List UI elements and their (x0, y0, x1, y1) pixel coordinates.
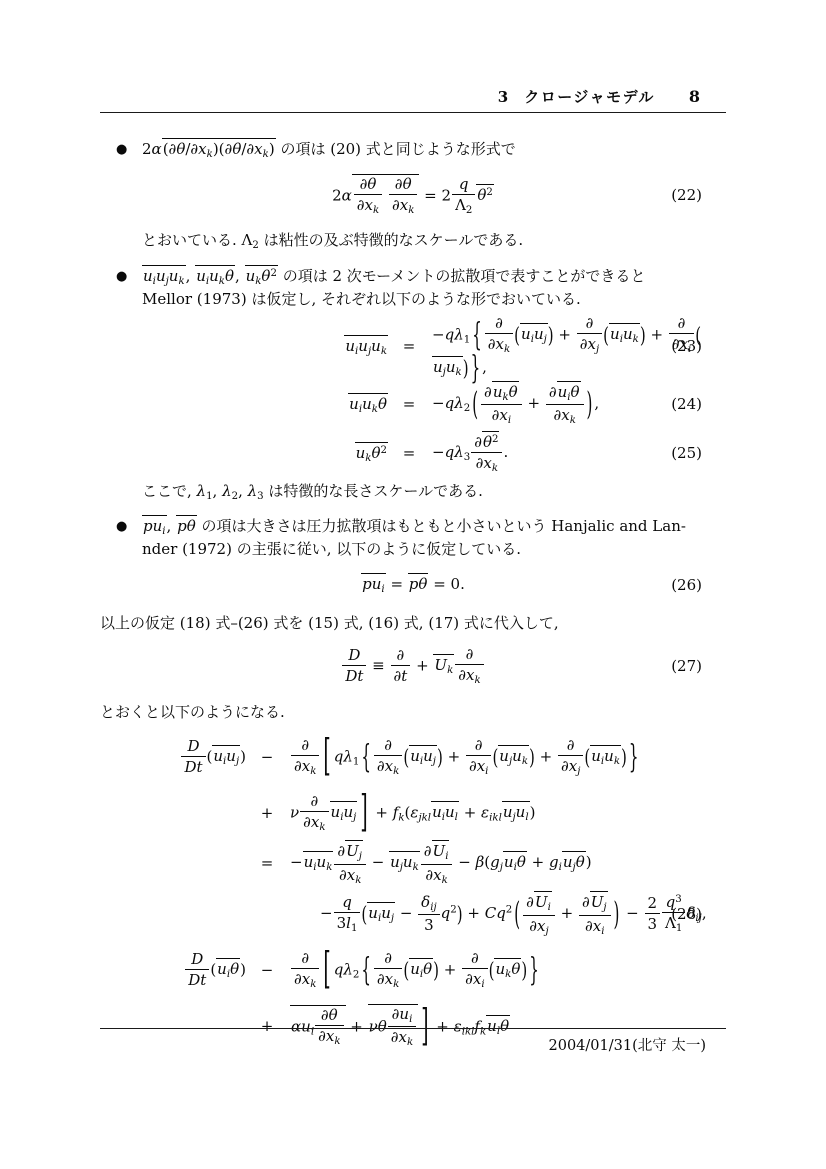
equation-23-number: (23) (671, 337, 702, 355)
equation-28-rhs-5: ∂∂xk[qλ2{∂∂xk(uiθ) + ∂∂xi(ukθ)} (288, 950, 726, 991)
equation-25-number: (25) (671, 444, 702, 462)
equation-28-row-3: = −uiuk∂Uj∂xk − ujuk∂Ui∂xk − β(gjuiθ + g… (100, 840, 726, 886)
bullet-2-text: uiujuk, uiukθ, ukθ2 の項は 2 次モーメントの拡散項で表すこ… (142, 265, 726, 312)
section-number: 3 (498, 88, 508, 106)
paragraph-substitution: 以上の仮定 (18) 式–(26) 式を (15) 式, (16) 式, (17… (100, 612, 726, 635)
page-number: 8 (689, 87, 700, 106)
section-title: クロージャモデル (524, 86, 655, 107)
equation-25-relation: = (388, 444, 430, 462)
equation-28-row-2: + ν∂∂xkuiuj] + fk(εjkluiul + εiklujul) (100, 788, 726, 838)
footer-date-author: 2004/01/31(北守 太一) (100, 1034, 726, 1055)
equation-24-relation: = (388, 395, 430, 413)
equation-28-rhs-4: −q3l1(uiuj − δij3q2) + Cq2(∂Ui∂xj + ∂Uj∂… (318, 891, 726, 937)
equation-28-rhs-1: ∂∂xk[qλ1{∂∂xk(uiuj) + ∂∂xi(ujuk) + ∂∂xj(… (288, 737, 726, 778)
equation-28-op-2: + (246, 804, 288, 822)
equation-23-relation: = (388, 337, 430, 355)
header-rule (100, 112, 726, 113)
equation-28-row-1: DDt(uiuj) − ∂∂xk[qλ1{∂∂xk(uiuj) + ∂∂xi(u… (100, 728, 726, 786)
equation-28-rhs-3: −uiuk∂Uj∂xk − ujuk∂Ui∂xk − β(gjuiθ + giu… (288, 840, 726, 886)
equation-28-op-3: = (246, 854, 288, 872)
equation-26-body: pui = pθ = 0. (361, 573, 465, 595)
bullet-item-2: ● uiujuk, uiukθ, ukθ2 の項は 2 次モーメントの拡散項で表… (100, 265, 726, 312)
document-page: 3 クロージャモデル 8 ● 2α(∂θ/∂xk)(∂θ/∂xk) の項は (2… (0, 0, 826, 1169)
equation-22-body: 2α∂θ∂xk ∂θ∂xk = 2qΛ2θ2 (332, 174, 494, 217)
equation-25: ukθ2 = −qλ3∂θ2∂xk. (25) (100, 430, 726, 476)
equation-24: uiukθ = −qλ2(∂ukθ∂xi + ∂uiθ∂xk), (24) (100, 380, 726, 428)
equation-28-rhs-2: ν∂∂xkuiuj] + fk(εjkluiul + εiklujul) (288, 793, 726, 834)
equation-28-lhs-2: DDt(uiθ) (100, 951, 246, 990)
equation-26: pui = pθ = 0. (26) (100, 568, 726, 602)
equation-27: DDt ≡ ∂∂t + Uk∂∂xk (27) (100, 641, 726, 691)
equation-28-lhs: DDt(uiuj) (100, 738, 246, 777)
bullet-item-1: ● 2α(∂θ/∂xk)(∂θ/∂xk) の項は (20) 式と同じような形式で (100, 138, 726, 161)
bullet-3-text: pui, pθ の項は大きさは圧力拡散項はもともと小さいという Hanjalic… (142, 515, 726, 562)
equation-28-op-5: − (246, 961, 288, 979)
equation-28-row-5: DDt(uiθ) − ∂∂xk[qλ2{∂∂xk(uiθ) + ∂∂xi(ukθ… (100, 942, 726, 998)
equation-25-lhs: ukθ2 (100, 442, 388, 464)
note-text-1: とおいている. Λ2 は粘性の及ぶ特徴的なスケールである. (100, 229, 726, 252)
equation-22-number: (22) (671, 186, 702, 204)
paragraph-after: とおくと以下のようになる. (100, 701, 726, 724)
equation-26-number: (26) (671, 576, 702, 594)
header-text: 3 クロージャモデル 8 (100, 86, 726, 107)
footer-rule (100, 1028, 726, 1029)
equation-23: uiujuk = −qλ1{∂∂xk(uiuj) + ∂∂xj(uiuk) + … (100, 315, 726, 378)
note-text-2: ここで, λ1, λ2, λ3 は特徴的な長さスケールである. (100, 480, 726, 503)
bullet-item-3: ● pui, pθ の項は大きさは圧力拡散項はもともと小さいという Hanjal… (100, 515, 726, 562)
equation-23-lhs: uiujuk (100, 335, 388, 357)
equation-24-number: (24) (671, 395, 702, 413)
bullet-1-text: 2α(∂θ/∂xk)(∂θ/∂xk) の項は (20) 式と同じような形式で (142, 138, 726, 161)
equation-24-lhs: uiukθ (100, 393, 388, 415)
bullet-icon: ● (116, 265, 142, 312)
bullet-icon: ● (116, 138, 142, 161)
bullet-icon: ● (116, 515, 142, 562)
equation-27-body: DDt ≡ ∂∂t + Uk∂∂xk (341, 646, 484, 687)
equation-27-number: (27) (671, 657, 702, 675)
equation-28-op-1: − (246, 748, 288, 766)
page-body: ● 2α(∂θ/∂xk)(∂θ/∂xk) の項は (20) 式と同じような形式で… (100, 126, 726, 1054)
equation-28-row-4: −q3l1(uiuj − δij3q2) + Cq2(∂Ui∂xj + ∂Uj∂… (100, 888, 726, 940)
equation-28-number: (28) (671, 905, 702, 923)
running-header: 3 クロージャモデル 8 (100, 86, 726, 113)
page-footer: 2004/01/31(北守 太一) (100, 1028, 726, 1055)
equation-22: 2α∂θ∂xk ∂θ∂xk = 2qΛ2θ2 (22) (100, 167, 726, 223)
